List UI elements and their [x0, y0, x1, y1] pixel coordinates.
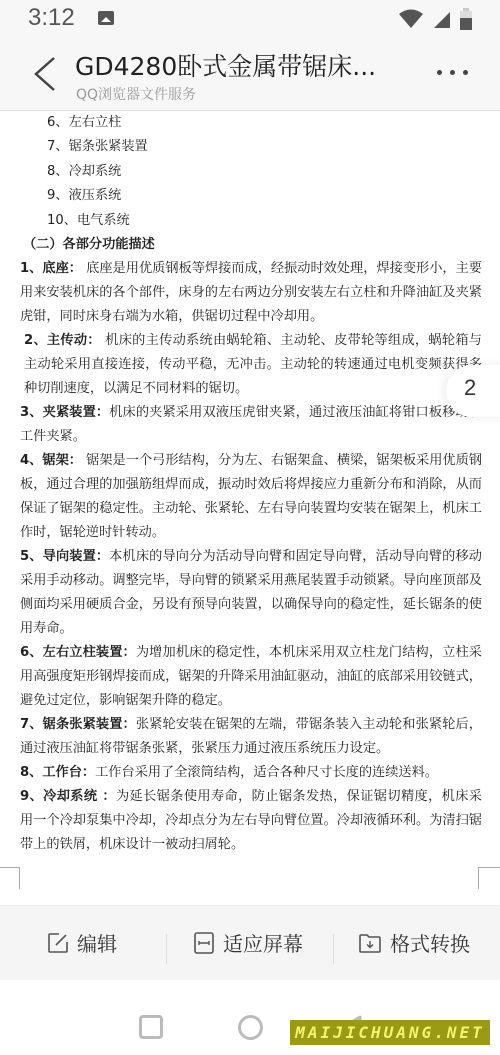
paragraph-table: 8、工作台：工作台采用了全滚筒结构，适合各种尺寸长度的连续送料。 — [20, 761, 482, 785]
signal-icon — [432, 9, 452, 29]
paragraph-clamp: 3、夹紧装置：机床的夹紧采用双液压虎钳夹紧，通过液压油缸将钳口板移动将工件夹紧。 — [20, 401, 482, 449]
component-list-item: 8、冷却系统 — [20, 160, 482, 184]
paragraph-cooling: 9、冷却系统 ：为延长锯条使用寿命，防止锯条发热，保证锯切精度，机床采用一个冷却… — [20, 785, 482, 857]
format-convert-button[interactable]: 格式转换 — [358, 928, 470, 957]
paragraph-label: 8、工作台： — [20, 765, 95, 780]
paragraph-label: 7、锯条张紧装置： — [20, 717, 136, 732]
title-bar: GD4280卧式金属带锯床... QQ浏览器文件服务 — [0, 40, 500, 110]
paragraph-text: 底座是用优质钢板等焊接而成，经振动时效处理，焊接变形小，主要用来安装机床的各个部… — [20, 261, 482, 324]
fit-screen-button[interactable]: 适应屏幕 — [193, 928, 303, 957]
fit-screen-label: 适应屏幕 — [223, 928, 303, 957]
edit-button[interactable]: 编辑 — [47, 928, 117, 957]
page-number: 2 — [464, 375, 476, 401]
paragraph-label: 3、夹紧装置： — [20, 405, 109, 420]
battery-icon — [460, 8, 472, 30]
paragraph-label: 6、左右立柱装置： — [20, 645, 136, 660]
section-heading: （二）各部分功能描述 — [20, 233, 482, 257]
page-indicator[interactable]: 2 — [446, 365, 500, 417]
paragraph-label: 4、锯架： — [20, 453, 82, 468]
paragraph-text: 工作台采用了全滚筒结构，适合各种尺寸长度的连续送料。 — [95, 765, 438, 780]
document-title: GD4280卧式金属带锯床... — [75, 47, 376, 83]
component-list-item: 6、左右立柱 — [20, 111, 482, 135]
paragraph-columns: 6、左右立柱装置：为增加机床的稳定性，本机床采用双立柱龙门结构，立柱采用高强度矩… — [20, 641, 482, 713]
component-list-item: 9、液压系统 — [20, 184, 482, 208]
document-subtitle: QQ浏览器文件服务 — [76, 84, 196, 104]
folder-download-icon — [358, 932, 382, 954]
image-notification-icon — [98, 11, 114, 25]
paragraph-text: 锯架是一个弓形结构，分为左、右锯架盒、横梁，锯架板采用优质钢板，通过合理的加强筋… — [20, 453, 482, 540]
paragraph-base: 1、底座： 底座是用优质钢板等焊接而成，经振动时效处理，焊接变形小，主要用来安装… — [20, 257, 482, 329]
toolbar-divider — [333, 934, 334, 964]
edit-label: 编辑 — [77, 928, 117, 957]
status-icons — [398, 8, 472, 30]
paragraph-label: 5、导向装置： — [20, 549, 109, 564]
paragraph-label: 9、冷却系统 ： — [20, 789, 116, 804]
home-button[interactable] — [238, 1015, 263, 1040]
back-arrow-icon[interactable] — [32, 56, 58, 92]
paragraph-main-drive: 2、主传动： 机床的主传动系统由蜗轮箱、主动轮、皮带轮等组成，蜗轮箱与主动轮采用… — [20, 329, 482, 401]
status-time: 3:12 — [28, 4, 75, 32]
paragraph-guide: 5、导向装置：本机床的导向分为活动导向臂和固定导向臂，活动导向臂的移动采用手动移… — [20, 545, 482, 641]
page-corner-mark-right — [478, 867, 500, 889]
paragraph-tension: 7、锯条张紧装置：张紧轮安装在锯架的左端，带锯条装入主动轮和张紧轮后，通过液压油… — [20, 713, 482, 761]
document-content: 6、左右立柱 7、锯条张紧装置 8、冷却系统 9、液压系统 10、电气系统 （二… — [20, 111, 482, 857]
format-convert-label: 格式转换 — [390, 928, 470, 957]
status-bar: 3:12 — [0, 0, 500, 40]
component-list-item: 7、锯条张紧装置 — [20, 135, 482, 159]
recents-button[interactable] — [139, 1015, 163, 1039]
paragraph-label: 2、主传动： — [24, 333, 101, 348]
paragraph-saw-frame: 4、锯架： 锯架是一个弓形结构，分为左、右锯架盒、横梁，锯架板采用优质钢板，通过… — [20, 449, 482, 545]
edit-icon — [47, 932, 69, 954]
toolbar-divider — [166, 934, 167, 964]
paragraph-label: 1、底座： — [20, 261, 82, 276]
document-viewer[interactable]: 6、左右立柱 7、锯条张紧装置 8、冷却系统 9、液压系统 10、电气系统 （二… — [0, 111, 500, 906]
page-corner-mark-left — [0, 867, 20, 889]
fit-screen-icon — [193, 931, 215, 955]
watermark: MAIJICHUANG.NET — [290, 1020, 490, 1045]
wifi-icon — [398, 9, 424, 29]
more-dots-icon[interactable] — [437, 70, 468, 75]
bottom-toolbar: 编辑 适应屏幕 格式转换 — [0, 905, 500, 980]
component-list-item: 10、电气系统 — [20, 209, 482, 233]
